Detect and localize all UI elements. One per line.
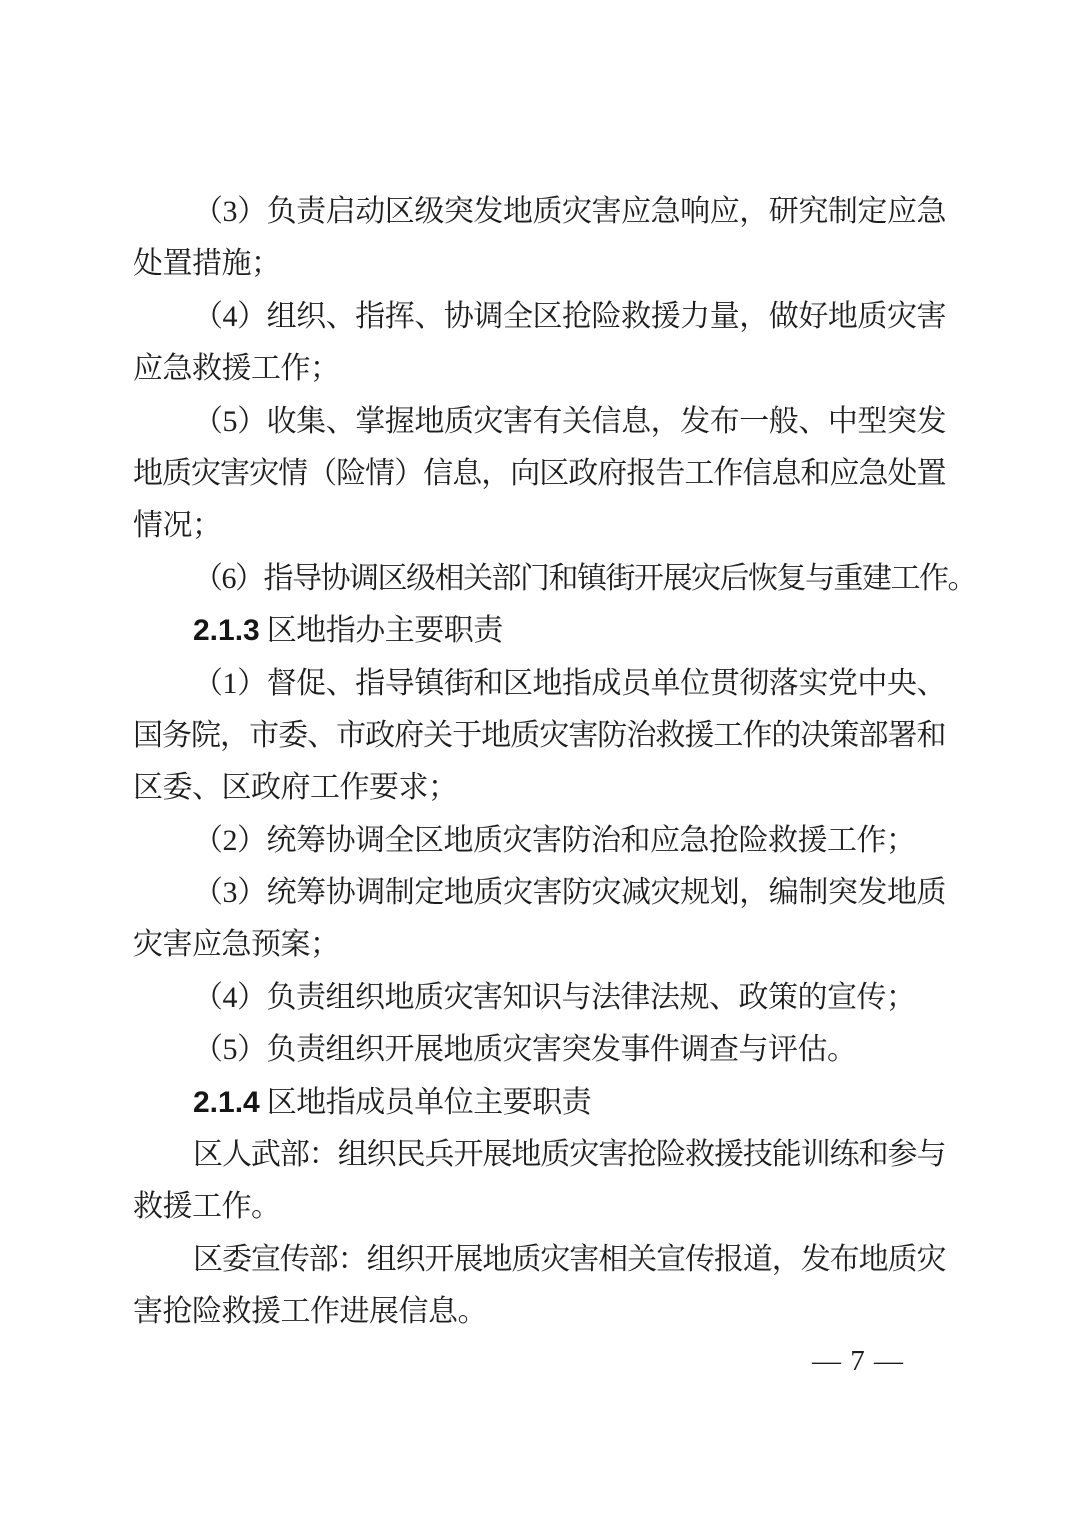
text-line: 区人武部：组织民兵开展地质灾害抢险救援技能训练和参与 [133, 1129, 945, 1181]
text-line: （3）负责启动区级突发地质灾害应急响应，研究制定应急 [133, 186, 945, 238]
text-line: 害抢险救援工作进展信息。 [133, 1286, 945, 1338]
text-line: 国务院，市委、市政府关于地质灾害防治救援工作的决策部署和 [133, 710, 945, 762]
document-page: （3）负责启动区级突发地质灾害应急响应，研究制定应急处置措施；（4）组织、指挥、… [0, 0, 1074, 1520]
text-line: 地质灾害灾情（险情）信息，向区政府报告工作信息和应急处置 [133, 448, 945, 500]
text-line: （4）负责组织地质灾害知识与法律法规、政策的宣传； [133, 972, 945, 1024]
text-line: （2）统筹协调全区地质灾害防治和应急抢险救援工作； [133, 815, 945, 867]
section-heading: 2.1.4 区地指成员单位主要职责 [133, 1077, 945, 1129]
section-heading: 2.1.3 区地指办主要职责 [133, 605, 945, 657]
text-line: 灾害应急预案； [133, 919, 945, 971]
text-line: 处置措施； [133, 238, 945, 290]
page-number: — 7 — [0, 1343, 904, 1379]
text-line: 情况； [133, 500, 945, 552]
text-line: （3）统筹协调制定地质灾害防灾减灾规划，编制突发地质 [133, 867, 945, 919]
text-line: （4）组织、指挥、协调全区抢险救援力量，做好地质灾害 [133, 291, 945, 343]
text-line: （1）督促、指导镇街和区地指成员单位贯彻落实党中央、 [133, 658, 945, 710]
text-line: 区委、区政府工作要求； [133, 762, 945, 814]
section-number: 2.1.3 [193, 614, 260, 647]
document-body: （3）负责启动区级突发地质灾害应急响应，研究制定应急处置措施；（4）组织、指挥、… [133, 186, 945, 1339]
text-line: 区委宣传部：组织开展地质灾害相关宣传报道，发布地质灾 [133, 1234, 945, 1286]
section-number: 2.1.4 [193, 1086, 260, 1119]
text-line: （5）负责组织开展地质灾害突发事件调查与评估。 [133, 1024, 945, 1076]
text-line: 救援工作。 [133, 1181, 945, 1233]
text-line: （6）指导协调区级相关部门和镇街开展灾后恢复与重建工作。 [133, 553, 945, 605]
text-line: （5）收集、掌握地质灾害有关信息，发布一般、中型突发 [133, 396, 945, 448]
text-line: 应急救援工作； [133, 343, 945, 395]
